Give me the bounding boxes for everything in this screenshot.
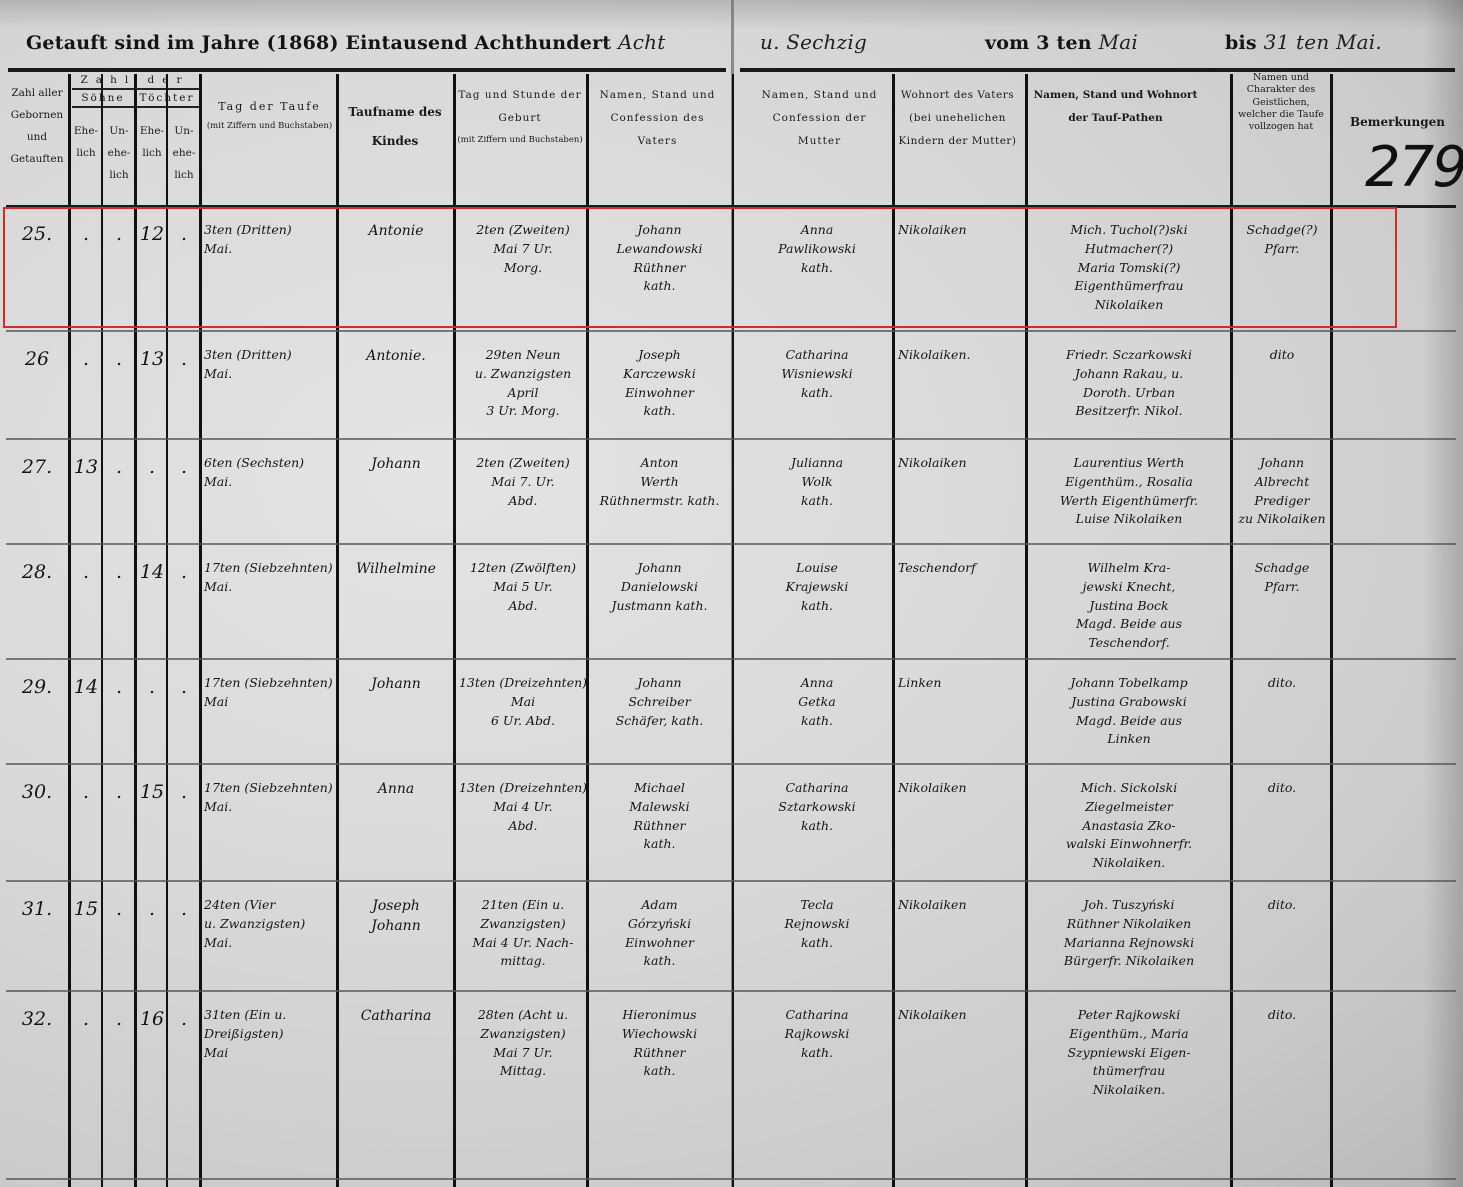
row-divider [6, 1178, 1456, 1180]
header-zahl-aller: Zahl aller Gebornen und Getauften [6, 82, 68, 170]
cell-geburt: 13ten (Dreizehnten) Mai 6 Ur. Abd. [458, 674, 588, 730]
top-rule-right [740, 68, 1455, 72]
cell-nr: 30. [6, 779, 68, 807]
row-divider [6, 438, 1456, 440]
cell-toechter-unehel: . [168, 779, 200, 807]
title-printed: Getauft sind im Jahre (1868) Eintausend … [26, 32, 611, 54]
cell-soehne-unehel: . [103, 674, 135, 702]
cell-soehne-ehel: . [70, 779, 102, 807]
header-geistlicher: Namen und Charakter des Geistlichen, wel… [1232, 72, 1330, 134]
cell-soehne-unehel: . [103, 779, 135, 807]
header-soehne-ehelich: Ehe- lich [70, 120, 102, 164]
header-toechter-unehelich: Un- ehe- lich [168, 120, 200, 186]
cell-toechter-ehel: . [136, 896, 168, 924]
cell-geburt: 28ten (Acht u. Zwanzigsten) Mai 7 Ur. Mi… [458, 1006, 588, 1081]
cell-name: Johann [340, 454, 452, 474]
row-divider [6, 543, 1456, 545]
cell-name: Joseph Johann [340, 896, 452, 937]
cell-nr: 26 [6, 346, 68, 374]
cell-name: Antonie. [340, 346, 452, 366]
cell-pathen: Wilhelm Kra- jewski Knecht, Justina Bock… [1030, 559, 1228, 653]
cell-soehne-ehel: . [70, 1006, 102, 1034]
cell-pathen: Joh. Tuszyński Rüthner Nikolaiken Marian… [1030, 896, 1228, 971]
cell-soehne-unehel: . [103, 559, 135, 587]
cell-toechter-ehel: 16 [136, 1006, 168, 1034]
cell-taufe: 6ten (Sechsten) Mai. [204, 454, 336, 492]
row-divider [6, 658, 1456, 660]
row-divider [6, 763, 1456, 765]
header-tag-geburt: Tag und Stunde der Geburt [455, 84, 585, 130]
cell-toechter-ehel: . [136, 454, 168, 482]
header-pathen: Namen, Stand und Wohnort der Tauf-Pathen [1028, 84, 1203, 130]
cell-geistlicher: dito [1234, 346, 1330, 365]
cell-soehne-ehel: . [70, 346, 102, 374]
title-from: vom 3 ten Mai [985, 30, 1138, 54]
cell-mutter: Catharina Sztarkowski kath. [742, 779, 892, 835]
cell-wohnort: Nikolaiken [898, 779, 1023, 798]
cell-nr: 29. [6, 674, 68, 702]
cell-taufe: 3ten (Dritten) Mai. [204, 346, 336, 384]
cell-geistlicher: dito. [1234, 1006, 1330, 1025]
title-to: bis 31 ten Mai. [1225, 30, 1382, 54]
row-divider [6, 330, 1456, 332]
cell-vater: Hieronimus Wiechowski Rüthner kath. [592, 1006, 727, 1081]
cell-geistlicher: dito. [1234, 674, 1330, 693]
cell-geistlicher: Schadge Pfarr. [1234, 559, 1330, 597]
header-soehne: Söhne [72, 90, 134, 106]
header-tag-der-taufe-sub: (mit Ziffern und Buchstaben) [202, 120, 337, 133]
cell-soehne-ehel: . [70, 559, 102, 587]
header-taufname: Taufname des Kindes [340, 98, 450, 156]
cell-mutter: Louise Krajewski kath. [742, 559, 892, 615]
header-mutter: Namen, Stand und Confession der Mutter [752, 84, 887, 153]
cell-soehne-ehel: 14 [70, 674, 102, 702]
cell-soehne-ehel: 13 [70, 454, 102, 482]
cell-geburt: 29ten Neun u. Zwanzigsten April 3 Ur. Mo… [458, 346, 588, 421]
cell-soehne-ehel: 15 [70, 896, 102, 924]
header-vater: Namen, Stand und Confession des Vaters [590, 84, 725, 153]
cell-geburt: 12ten (Zwölften) Mai 5 Ur. Abd. [458, 559, 588, 615]
cell-geburt: 2ten (Zweiten) Mai 7. Ur. Abd. [458, 454, 588, 510]
title-year-written-2: u. Sechzig [760, 30, 867, 54]
cell-mutter: Tecla Rejnowski kath. [742, 896, 892, 952]
register-page: Getauft sind im Jahre (1868) Eintausend … [0, 0, 1463, 1187]
cell-geistlicher: Johann Albrecht Prediger zu Nikolaiken [1234, 454, 1330, 529]
cell-taufe: 17ten (Siebzehnten) Mai. [204, 559, 336, 597]
cell-vater: Anton Werth Rüthnermstr. kath. [592, 454, 727, 510]
cell-wohnort: Nikolaiken [898, 454, 1023, 473]
cell-toechter-unehel: . [168, 346, 200, 374]
header-tag-geburt-sub: (mit Ziffern und Buchstaben) [455, 134, 585, 147]
cell-vater: Joseph Karczewski Einwohner kath. [592, 346, 727, 421]
cell-nr: 31. [6, 896, 68, 924]
cell-toechter-ehel: . [136, 674, 168, 702]
cell-toechter-ehel: 13 [136, 346, 168, 374]
header-tag-der-taufe: Tag der Taufe [202, 98, 337, 115]
cell-nr: 28. [6, 559, 68, 587]
cell-geburt: 21ten (Ein u. Zwanzigsten) Mai 4 Ur. Nac… [458, 896, 588, 971]
cell-name: Anna [340, 779, 452, 799]
cell-geburt: 13ten (Dreizehnten) Mai 4 Ur. Abd. [458, 779, 588, 835]
cell-pathen: Mich. Sickolski Ziegelmeister Anastasia … [1030, 779, 1228, 873]
cell-soehne-unehel: . [103, 896, 135, 924]
cell-toechter-ehel: 14 [136, 559, 168, 587]
cell-name: Catharina [340, 1006, 452, 1026]
cell-pathen: Johann Tobelkamp Justina Grabowski Magd.… [1030, 674, 1228, 749]
cell-soehne-unehel: . [103, 1006, 135, 1034]
cell-toechter-unehel: . [168, 559, 200, 587]
cell-soehne-unehel: . [103, 454, 135, 482]
cell-taufe: 24ten (Vier u. Zwanzigsten) Mai. [204, 896, 336, 952]
register-title: Getauft sind im Jahre (1868) Eintausend … [26, 30, 665, 54]
cell-wohnort: Nikolaiken [898, 896, 1023, 915]
header-soehne-unehelich: Un- ehe- lich [103, 120, 135, 186]
cell-mutter: Anna Getka kath. [742, 674, 892, 730]
cell-toechter-unehel: . [168, 674, 200, 702]
cell-mutter: Julianna Wolk kath. [742, 454, 892, 510]
cell-wohnort: Linken [898, 674, 1023, 693]
cell-pathen: Laurentius Werth Eigenthüm., Rosalia Wer… [1030, 454, 1228, 529]
header-bemerkungen: Bemerkungen [1340, 113, 1455, 132]
cell-soehne-unehel: . [103, 346, 135, 374]
cell-taufe: 17ten (Siebzehnten) Mai. [204, 779, 336, 817]
row-divider [6, 990, 1456, 992]
cell-wohnort: Nikolaiken [898, 1006, 1023, 1025]
cell-nr: 32. [6, 1006, 68, 1034]
cell-toechter-ehel: 15 [136, 779, 168, 807]
cell-taufe: 17ten (Siebzehnten) Mai [204, 674, 336, 712]
title-continuation: u. Sechzig [760, 30, 867, 54]
cell-nr: 27. [6, 454, 68, 482]
cell-pathen: Peter Rajkowski Eigenthüm., Maria Szypni… [1030, 1006, 1228, 1100]
header-wohnort: Wohnort des Vaters (bei unehelichen Kind… [895, 84, 1020, 153]
cell-taufe: 31ten (Ein u. Dreißigsten) Mai [204, 1006, 336, 1062]
cell-vater: Johann Schreiber Schäfer, kath. [592, 674, 727, 730]
cell-geistlicher: dito. [1234, 779, 1330, 798]
cell-name: Wilhelmine [340, 559, 452, 579]
cell-geistlicher: dito. [1234, 896, 1330, 915]
title-year-written: Acht [618, 30, 665, 54]
cell-wohnort: Teschendorf [898, 559, 1023, 578]
header-toechter-ehelich: Ehe- lich [136, 120, 168, 164]
cell-mutter: Catharina Wisniewski kath. [742, 346, 892, 402]
cell-toechter-unehel: . [168, 896, 200, 924]
row-divider [6, 880, 1456, 882]
cell-mutter: Catharina Rajkowski kath. [742, 1006, 892, 1062]
cell-vater: Michael Malewski Rüthner kath. [592, 779, 727, 854]
cell-name: Johann [340, 674, 452, 694]
cell-pathen: Friedr. Sczarkowski Johann Rakau, u. Dor… [1030, 346, 1228, 421]
cell-vater: Johann Danielowski Justmann kath. [592, 559, 727, 615]
cell-toechter-unehel: . [168, 1006, 200, 1034]
cell-toechter-unehel: . [168, 454, 200, 482]
cell-vater: Adam Górzyński Einwohner kath. [592, 896, 727, 971]
page-number: 279 [1365, 135, 1463, 200]
cell-wohnort: Nikolaiken. [898, 346, 1023, 365]
highlight-box-entry-25 [3, 207, 1397, 328]
